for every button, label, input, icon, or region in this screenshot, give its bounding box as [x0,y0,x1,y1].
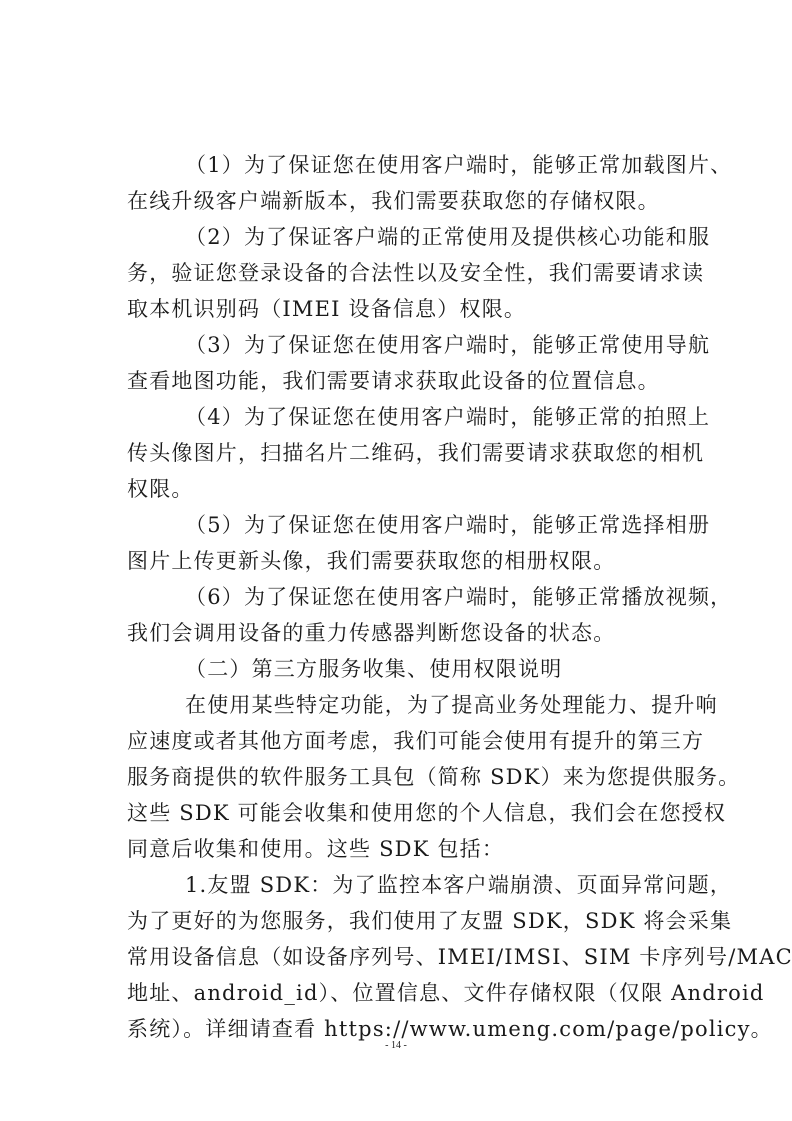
paragraph-line: （1）为了保证您在使用客户端时，能够正常加载图片、 [185,150,675,180]
paragraph-line: 图片上传更新头像，我们需要获取您的相册权限。 [127,546,672,576]
paragraph-line: 传头像图片，扫描名片二维码，我们需要请求获取您的相机 [127,438,672,468]
paragraph-line: （5）为了保证您在使用客户端时，能够正常选择相册 [185,510,675,540]
paragraph-line: 这些 SDK 可能会收集和使用您的个人信息，我们会在您授权 [127,798,672,828]
paragraph-line: 服务商提供的软件服务工具包（简称 SDK）来为您提供服务。 [127,762,672,792]
paragraph-line: （6）为了保证您在使用客户端时，能够正常播放视频， [185,582,675,612]
document-page: （1）为了保证您在使用客户端时，能够正常加载图片、 在线升级客户端新版本，我们需… [0,0,792,1121]
page-number: - 14 - [0,1040,792,1051]
paragraph-line: 我们会调用设备的重力传感器判断您设备的状态。 [127,618,672,648]
paragraph-line: 在线升级客户端新版本，我们需要获取您的存储权限。 [127,186,672,216]
paragraph-line: 地址、android_id）、位置信息、文件存储权限（仅限 Android [127,978,672,1008]
paragraph-line: 权限。 [127,474,672,504]
section-heading: （二）第三方服务收集、使用权限说明 [185,654,675,684]
paragraph-line: 查看地图功能，我们需要请求获取此设备的位置信息。 [127,366,672,396]
paragraph-line: 取本机识别码（IMEI 设备信息）权限。 [127,294,672,324]
paragraph-line: （2）为了保证客户端的正常使用及提供核心功能和服 [185,222,675,252]
paragraph-line: 在使用某些特定功能，为了提高业务处理能力、提升响 [185,690,675,720]
paragraph-line: 1.友盟 SDK：为了监控本客户端崩溃、页面异常问题， [185,870,675,900]
paragraph-line: 常用设备信息（如设备序列号、IMEI/IMSI、SIM 卡序列号/MAC [127,942,672,972]
paragraph-line: 同意后收集和使用。这些 SDK 包括： [127,834,672,864]
paragraph-line: （4）为了保证您在使用客户端时，能够正常的拍照上 [185,402,675,432]
paragraph-line: 应速度或者其他方面考虑，我们可能会使用有提升的第三方 [127,726,672,756]
paragraph-line: （3）为了保证您在使用客户端时，能够正常使用导航 [185,330,675,360]
paragraph-line: 务，验证您登录设备的合法性以及安全性，我们需要请求读 [127,258,672,288]
paragraph-line: 为了更好的为您服务，我们使用了友盟 SDK，SDK 将会采集 [127,906,672,936]
